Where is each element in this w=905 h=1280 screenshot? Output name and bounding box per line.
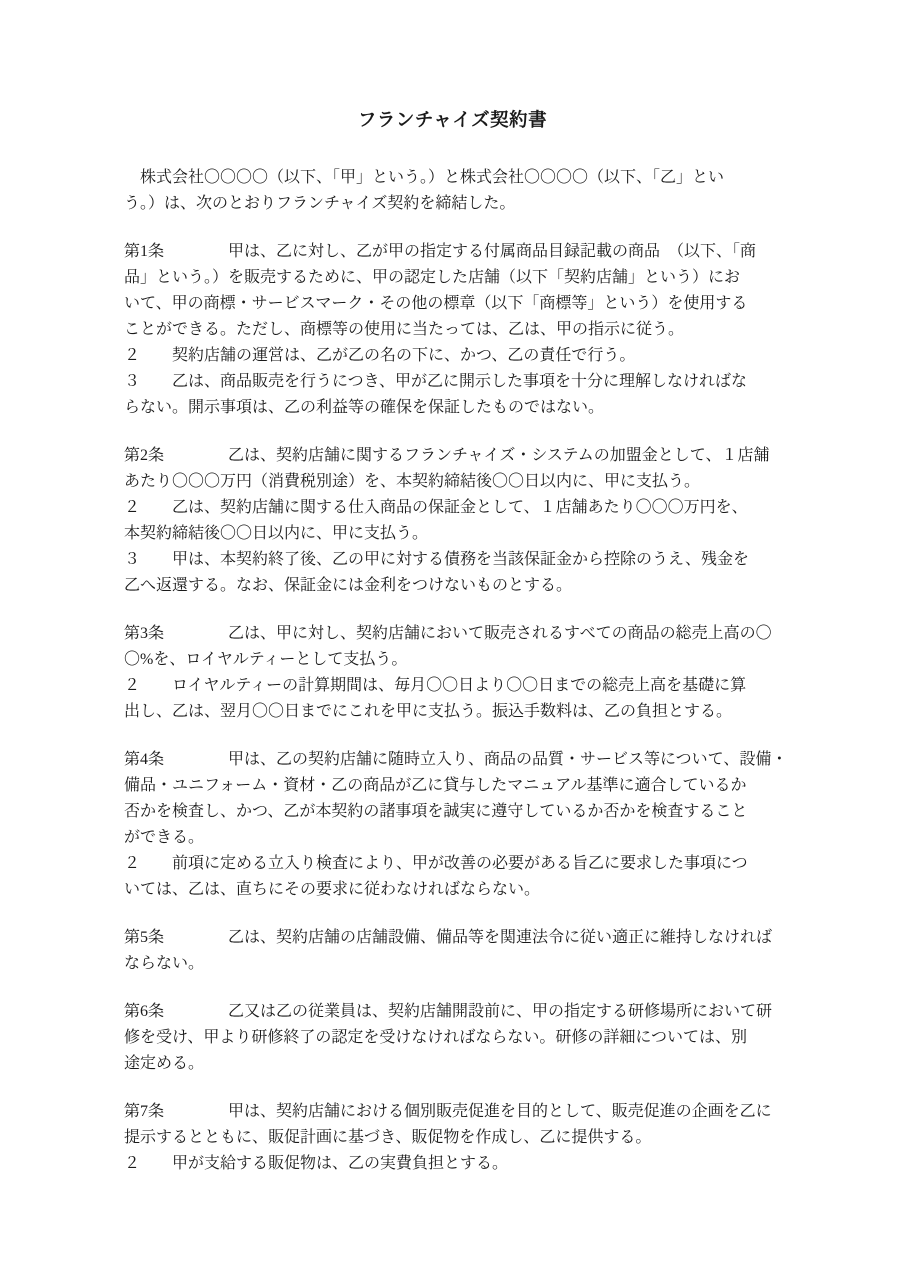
paragraph-article-1: 第1条 甲は、乙に対し、乙が甲の指定する付属商品目録記載の商品 （以下、「商 品… <box>124 239 781 421</box>
paragraph-article-4: 第4条 甲は、乙の契約店舗に随時立入り、商品の品質・サービス等について、設備・ … <box>124 747 781 903</box>
paragraph-article-3: 第3条 乙は、甲に対し、契約店舗において販売されるすべての商品の総売上高の〇 〇… <box>124 621 781 725</box>
paragraph-article-6: 第6条 乙又は乙の従業員は、契約店舗開設前に、甲の指定する研修場所において研 修… <box>124 999 781 1077</box>
paragraph-article-5: 第5条 乙は、契約店舗の店舗設備、備品等を関連法令に従い適正に維持しなければ な… <box>124 925 781 977</box>
contract-document-body: 株式会社〇〇〇〇（以下、「甲」という。）と株式会社〇〇〇〇（以下、「乙」とい う… <box>124 165 781 1177</box>
paragraph-article-2: 第2条 乙は、契約店舗に関するフランチャイズ・システムの加盟金として、１店舗 あ… <box>124 443 781 599</box>
contract-page: フランチャイズ契約書 株式会社〇〇〇〇（以下、「甲」という。）と株式会社〇〇〇〇… <box>0 0 905 1280</box>
paragraph-article-7: 第7条 甲は、契約店舗における個別販売促進を目的として、販売促進の企画を乙に 提… <box>124 1099 781 1177</box>
paragraph-preamble: 株式会社〇〇〇〇（以下、「甲」という。）と株式会社〇〇〇〇（以下、「乙」とい う… <box>124 165 781 217</box>
document-title: フランチャイズ契約書 <box>124 108 781 134</box>
